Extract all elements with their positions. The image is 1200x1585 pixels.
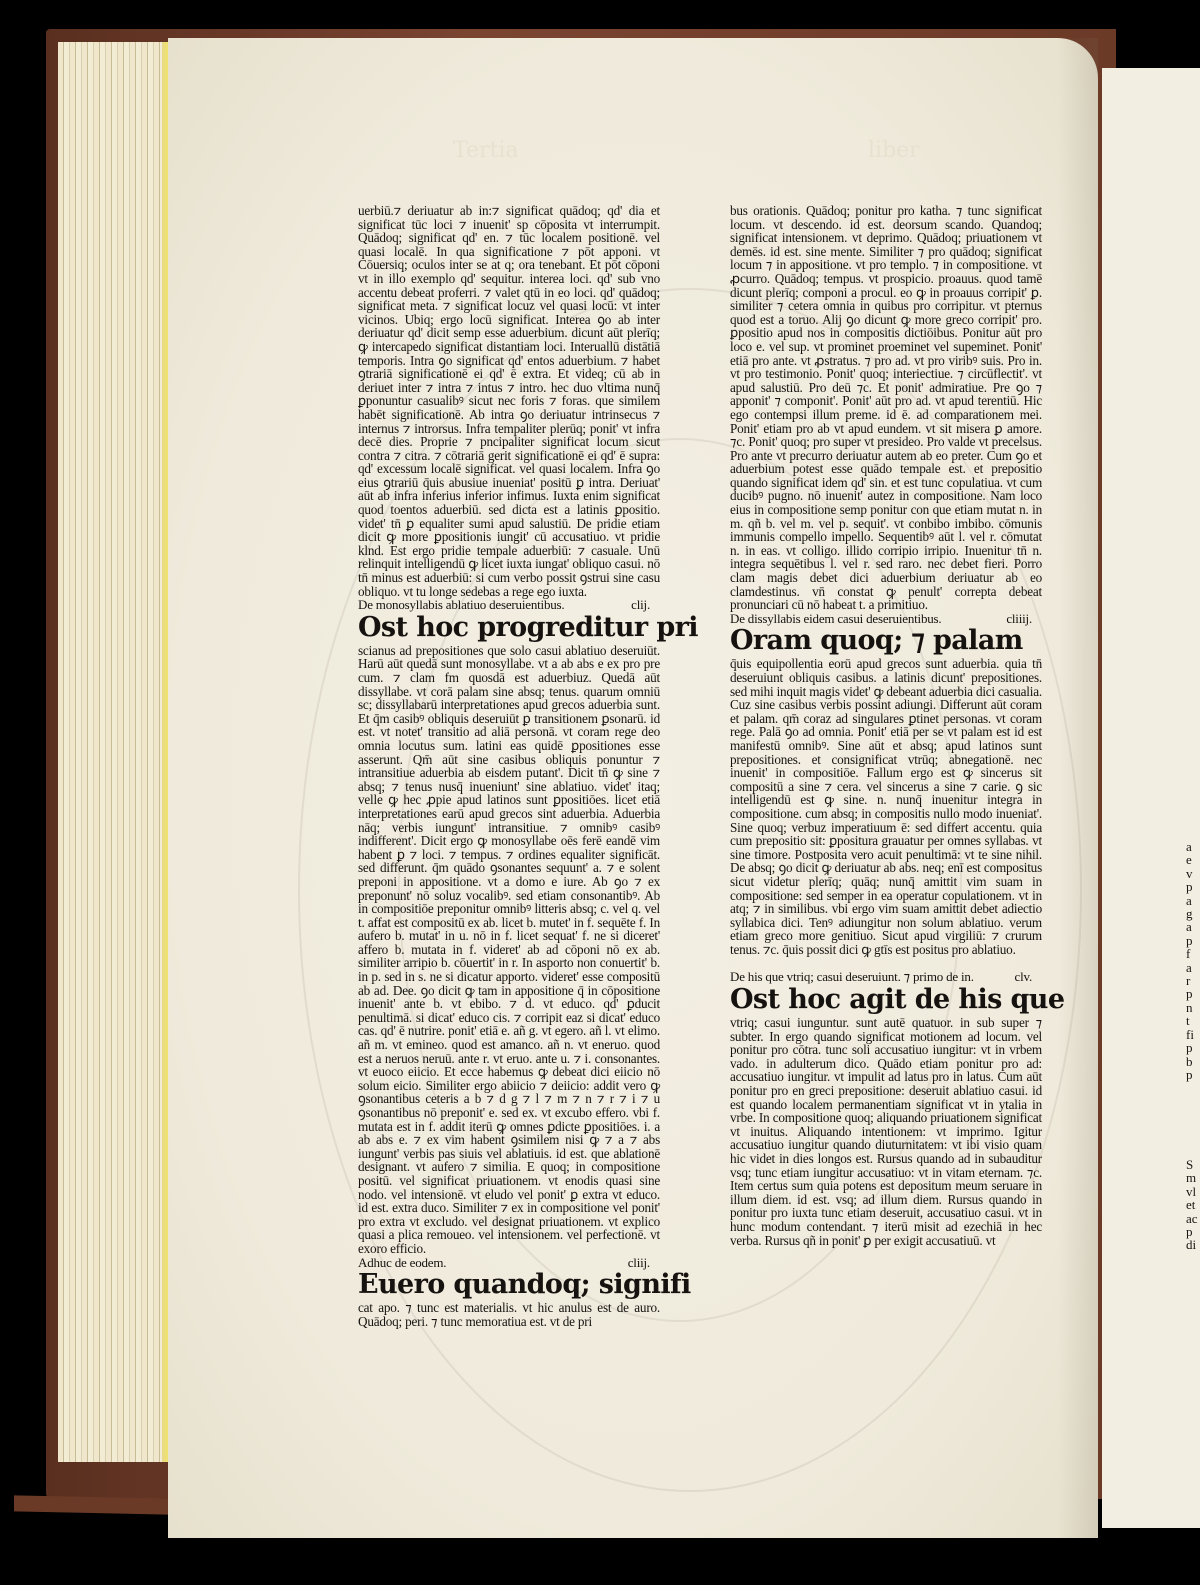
decorated-initial-line: Euero quandoq; signifi [358,1269,660,1301]
right-page-letters-1: a e v p a g a p f a r p n t fi p b p [1186,840,1194,1081]
paragraph: q̄uis equipollentia eorū apud grecos sun… [730,657,1042,956]
paragraph: scianus ad prepositiones que solo casui … [358,644,660,1256]
paragraph: cat apo. ⁊ tunc est materialis. vt hic a… [358,1301,660,1328]
left-page: Tertia liber uerbiū.⁊ deriuatur ab in:⁊ … [168,38,1098,1538]
rubric-text: Adhuc de eodem. [358,1255,446,1270]
running-head-left: Tertia [453,138,519,163]
chapter-rubric: De monosyllabis ablatiuo deseruientibus.… [358,598,660,612]
page-stack-edges [58,42,168,1462]
rubric-text: De dissyllabis eidem casui deseruientibu… [730,611,941,626]
chapter-number: clv. [1015,970,1033,984]
decorated-initial-line: Ost hoc agit de his que [730,984,1042,1016]
chapter-rubric: De his que vtriq; casui deseruiunt. ⁊ pr… [730,970,1042,984]
running-head-right: liber [868,138,920,163]
chapter-number: clij. [631,598,650,612]
rubric-text: De monosyllabis ablatiuo deseruientibus. [358,597,564,612]
chapter-number: cliiij. [1006,612,1032,626]
text-column-left: uerbiū.⁊ deriuatur ab in:⁊ significat qu… [358,204,660,1328]
decorated-initial-line: Oram quoq; ⁊ palam [730,625,1042,657]
paragraph: uerbiū.⁊ deriuatur ab in:⁊ significat qu… [358,204,660,598]
right-page-fragment [1102,68,1200,1528]
paragraph: vtriq; casui iunguntur. sunt autē quatuo… [730,1016,1042,1247]
text-column-right: bus orationis. Quādoq; ponitur pro katha… [730,204,1042,1247]
chapter-rubric: Adhuc de eodem. cliij. [358,1256,660,1270]
chapter-rubric: De dissyllabis eidem casui deseruientibu… [730,612,1042,626]
rubric-text: De his que vtriq; casui deseruiunt. ⁊ pr… [730,969,974,984]
paragraph: bus orationis. Quādoq; ponitur pro katha… [730,204,1042,612]
right-page-letters-2: S m vl et ac p di [1186,1158,1198,1252]
chapter-number: cliij. [628,1256,650,1270]
decorated-initial-line: Ost hoc progreditur pri [358,612,660,644]
